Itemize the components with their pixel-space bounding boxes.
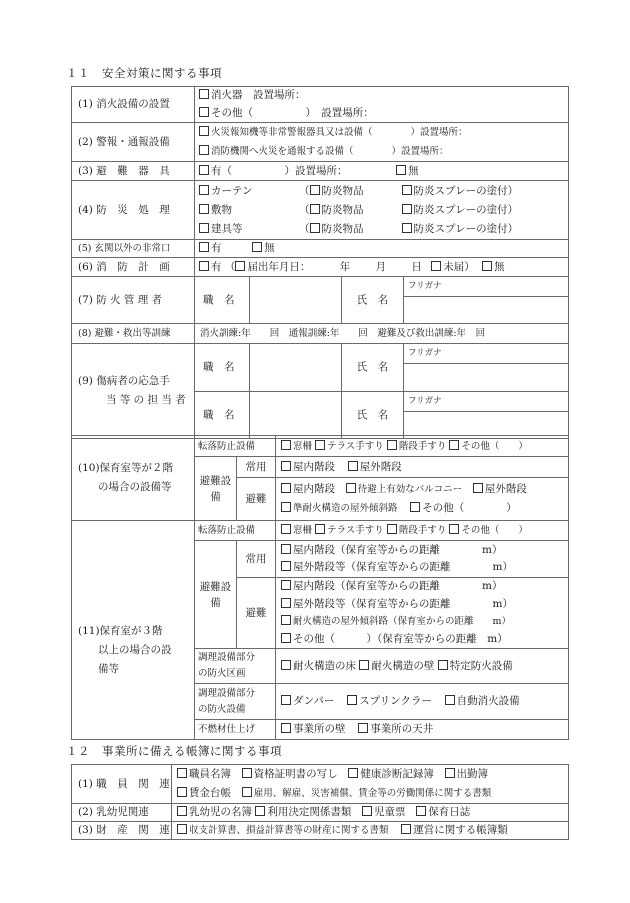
checkbox-icon[interactable]: [402, 204, 412, 214]
checkbox-icon[interactable]: [416, 806, 426, 816]
option-outdoor-stairs[interactable]: 屋外階段: [348, 461, 402, 473]
option-fall-other[interactable]: その他（ ）: [449, 441, 528, 452]
row-first-aid-1: (9) 傷病者の応急手 当 等 の 担 当 者 職 名 氏 名 フリガナ: [72, 344, 569, 392]
job-title-label: 職 名: [195, 277, 250, 324]
label-drills: (8) 避難・救出等訓練: [72, 324, 195, 344]
checkbox-icon[interactable]: [315, 440, 325, 450]
label-fall-prevention: 転落防止設備: [195, 521, 276, 541]
checkbox-icon[interactable]: [281, 461, 291, 471]
checkbox-icon[interactable]: [347, 695, 357, 705]
option-terrace-rail[interactable]: テラス手すり: [315, 441, 384, 452]
label-staff: (1) 職 員 関 連: [72, 765, 172, 804]
option-exit-no[interactable]: 無: [252, 242, 275, 254]
checkbox-icon[interactable]: [199, 204, 209, 214]
option-wage-ledger[interactable]: 賃金台帳: [177, 787, 231, 799]
row-evac-equipment: (3) 避 難 器 具 有（ ）設置場所： 無: [72, 162, 569, 181]
label-evacuation: 避難: [237, 578, 276, 649]
checkbox-icon[interactable]: [281, 580, 291, 590]
option-office-wall[interactable]: 事業所の壁: [281, 723, 346, 735]
checkbox-icon[interactable]: [410, 502, 420, 512]
checkbox-icon[interactable]: [401, 824, 411, 834]
checkbox-icon[interactable]: [310, 204, 320, 214]
checkbox-icon[interactable]: [396, 165, 406, 175]
option-indoor-stairs-distance[interactable]: 屋内階段（保育室等からの距離 m）: [281, 542, 565, 560]
checkbox-icon[interactable]: [310, 223, 320, 233]
label-property: (3) 財 産 関 連: [72, 822, 172, 840]
checkbox-icon[interactable]: [387, 440, 397, 450]
furigana-label: フリガナ: [404, 277, 568, 297]
option-fireproof-wall[interactable]: 耐火構造の壁: [359, 660, 434, 672]
option-fire-extinguisher[interactable]: 消火器 設置場所：: [199, 87, 565, 105]
option-specific-fire-equipment[interactable]: 特定防火設備: [438, 660, 513, 672]
job-title-field[interactable]: [250, 392, 342, 439]
checkbox-icon[interactable]: [315, 524, 325, 534]
option-semi-fireproof-ramp[interactable]: 準耐火構造の屋外傾斜路: [281, 503, 398, 514]
checkbox-icon[interactable]: [281, 598, 291, 608]
row-property-records: (3) 財 産 関 連 収支計算書、損益計算書等の財産に関する書類 運営に関する…: [72, 822, 569, 840]
option-evac-yes[interactable]: 有（ ）設置場所：: [199, 165, 348, 177]
option-sprinkler[interactable]: スプリンクラー: [347, 695, 432, 707]
checkbox-icon[interactable]: [445, 768, 455, 778]
checkbox-icon[interactable]: [387, 524, 397, 534]
name-label: 氏 名: [342, 277, 404, 324]
checkbox-icon[interactable]: [281, 502, 291, 512]
checkbox-icon[interactable]: [281, 615, 291, 625]
checkbox-icon[interactable]: [199, 107, 209, 117]
row-2f-fall: (10)保育室等が２階 の場合の設備等 転落防止設備 窓柵 テラス手すり 階段手…: [72, 436, 569, 457]
option-usage-decision[interactable]: 利用決定関係書類: [255, 806, 351, 818]
job-title-field[interactable]: [250, 277, 342, 324]
label-regular: 常用: [237, 541, 276, 578]
section-12-title: １２ 事業所に備える帳簿に関する事項: [66, 743, 282, 759]
checkbox-icon[interactable]: [449, 524, 459, 534]
option-balcony[interactable]: 待避上有効なバルコニー: [346, 484, 463, 495]
checkbox-icon[interactable]: [348, 768, 358, 778]
name-field[interactable]: フリガナ: [404, 344, 569, 392]
checkbox-icon[interactable]: [445, 695, 455, 705]
label-evacuation: 避難: [237, 478, 276, 521]
furigana-label: フリガナ: [404, 392, 568, 412]
checkbox-icon[interactable]: [438, 660, 448, 670]
name-label: 氏 名: [342, 392, 404, 439]
checkbox-icon[interactable]: [177, 806, 187, 816]
name-field[interactable]: フリガナ: [404, 392, 569, 439]
option-operation-books[interactable]: 運営に関する帳簿類: [401, 824, 508, 836]
checkbox-icon[interactable]: [281, 544, 291, 554]
row-fireproofing: (4) 防 災 処 理 カーテン（防炎物品防炎スプレーの塗付） 敷物（防炎物品防…: [72, 181, 569, 240]
option-damper[interactable]: ダンパー: [281, 695, 334, 707]
checkbox-icon[interactable]: [252, 242, 262, 252]
row-staff-records: (1) 職 員 関 連 職員名簿 資格証明書の写し 健康診断記録簿 出勤簿 賃金…: [72, 765, 569, 804]
label-2f: (10)保育室等が２階 の場合の設備等: [72, 436, 195, 521]
checkbox-icon[interactable]: [358, 723, 368, 733]
option-fire-report[interactable]: 消防機関へ火災を通報する設備（ ）設置場所：: [199, 142, 565, 161]
checkbox-icon[interactable]: [199, 223, 209, 233]
row-fire-manager: (7) 防 火 管 理 者 職 名 氏 名 フリガナ: [72, 277, 569, 324]
option-fittings: 建具等（防炎物品防炎スプレーの塗付）: [199, 220, 565, 239]
section-11-title: １１ 安全対策に関する事項: [66, 65, 222, 81]
row-emergency-exit: (5) 玄関以外の非常口 有 無: [72, 240, 569, 258]
checkbox-icon[interactable]: [199, 261, 209, 271]
option-child-record[interactable]: 児童票: [362, 806, 406, 818]
label-fall-prevention: 転落防止設備: [195, 436, 276, 457]
option-window-rail[interactable]: 窓柵: [281, 525, 312, 536]
option-labor-documents[interactable]: 雇用、解雇、災害補償、賃金等の労働関係に関する書類: [242, 788, 492, 799]
checkbox-icon[interactable]: [242, 768, 252, 778]
checkbox-icon[interactable]: [255, 806, 265, 816]
option-outdoor-stairs-distance[interactable]: 屋外階段等（保育室等からの距離 m）: [281, 559, 565, 577]
option-nursery-diary[interactable]: 保育日誌: [416, 806, 470, 818]
label-infant: (2) 乳幼児関連: [72, 804, 172, 822]
checkbox-icon[interactable]: [242, 787, 252, 797]
checkbox-icon[interactable]: [199, 89, 209, 99]
option-staff-list[interactable]: 職員名簿: [177, 768, 231, 780]
option-other-distance[interactable]: その他（ ）（保育室等からの距離 m）: [281, 631, 565, 649]
checkbox-icon[interactable]: [281, 483, 291, 493]
section-11-table-bottom: (10)保育室等が２階 の場合の設備等 転落防止設備 窓柵 テラス手すり 階段手…: [71, 435, 569, 740]
checkbox-icon[interactable]: [177, 824, 187, 834]
checkbox-icon[interactable]: [281, 524, 291, 534]
label-emergency-exit: (5) 玄関以外の非常口: [72, 240, 195, 258]
label-evac-equipment: (3) 避 難 器 具: [72, 162, 195, 181]
checkbox-icon[interactable]: [281, 723, 291, 733]
checkbox-icon[interactable]: [177, 768, 187, 778]
row-fire-plan: (6) 消 防 計 画 有 （届出年月日： 年 月 日 未届） 無: [72, 258, 569, 277]
option-fireproof-ramp-distance[interactable]: 耐火構造の屋外傾斜路（保育室からの距離 m）: [281, 613, 565, 631]
checkbox-icon[interactable]: [482, 261, 492, 271]
checkbox-icon[interactable]: [199, 126, 209, 136]
row-3f-fall: (11)保育室が３階 以上の場合の設 備等 転落防止設備 窓柵 テラス手すり 階…: [72, 521, 569, 541]
row-drills: (8) 避難・救出等訓練 消火訓練:年 回 通報訓練:年 回 避難及び救出訓練:…: [72, 324, 569, 344]
label-fireproofing: (4) 防 災 処 理: [72, 181, 195, 240]
checkbox-icon[interactable]: [362, 806, 372, 816]
checkbox-icon[interactable]: [402, 185, 412, 195]
filed-date-label: 届出年月日：: [247, 261, 310, 273]
label-evac-equipment-3f: 避難設備: [195, 541, 237, 649]
checkbox-icon[interactable]: [281, 561, 291, 571]
option-qualification-copy[interactable]: 資格証明書の写し: [242, 768, 338, 780]
checkbox-icon[interactable]: [431, 261, 441, 271]
label-evac-equipment-2f: 避難設備: [195, 457, 237, 521]
label-fire-plan: (6) 消 防 計 画: [72, 258, 195, 277]
option-fire-alarm[interactable]: 火災報知機等非常警報器具又は設備（ ）設置場所：: [199, 123, 565, 142]
option-carpet: 敷物（防炎物品防炎スプレーの塗付）: [199, 201, 565, 220]
checkbox-icon[interactable]: [281, 695, 291, 705]
option-fireproof-floor[interactable]: 耐火構造の床: [281, 660, 356, 672]
option-outdoor-stairs-distance[interactable]: 屋外階段等（保育室等からの距離 m）: [281, 596, 565, 614]
checkbox-icon[interactable]: [310, 185, 320, 195]
row-alarm: (2) 警報・通報設備 火災報知機等非常警報器具又は設備（ ）設置場所： 消防機…: [72, 123, 569, 162]
name-label: 氏 名: [342, 344, 404, 392]
row-infant-records: (2) 乳幼児関連 乳幼児の名簿 利用決定関係書類 児童票 保育日誌: [72, 804, 569, 822]
label-noncombustible: 不燃材仕上げ: [195, 720, 276, 740]
checkbox-icon[interactable]: [281, 660, 291, 670]
option-health-records[interactable]: 健康診断記録簿: [348, 768, 434, 780]
option-evac-no[interactable]: 無: [396, 165, 419, 177]
checkbox-icon[interactable]: [348, 461, 358, 471]
option-window-rail[interactable]: 窓柵: [281, 441, 312, 452]
option-other-extinguishing[interactable]: その他（ ） 設置場所：: [199, 105, 565, 123]
label-fire-manager: (7) 防 火 管 理 者: [72, 277, 195, 324]
option-evac-other[interactable]: その他（ ）: [410, 502, 517, 514]
checkbox-icon[interactable]: [346, 483, 356, 493]
option-outdoor-stairs[interactable]: 屋外階段: [473, 483, 527, 495]
option-indoor-stairs[interactable]: 屋内階段: [281, 461, 335, 473]
option-plan-yes[interactable]: 有: [199, 261, 222, 273]
label-alarm: (2) 警報・通報設備: [72, 123, 195, 162]
checkbox-icon[interactable]: [199, 242, 209, 252]
job-title-label: 職 名: [195, 392, 250, 439]
checkbox-icon[interactable]: [359, 660, 369, 670]
option-stair-rail[interactable]: 階段手すり: [387, 441, 447, 452]
checkbox-icon[interactable]: [281, 633, 291, 643]
label-fire-extinguishing: (1) 消火設備の設置: [72, 87, 195, 123]
label-3f: (11)保育室が３階 以上の場合の設 備等: [72, 521, 195, 740]
checkbox-icon[interactable]: [177, 787, 187, 797]
option-infant-list[interactable]: 乳幼児の名簿: [177, 806, 252, 818]
option-office-ceiling[interactable]: 事業所の天井: [358, 723, 433, 735]
option-attendance[interactable]: 出勤簿: [445, 768, 489, 780]
job-title-label: 職 名: [195, 344, 250, 392]
label-regular: 常用: [237, 457, 276, 478]
label-kitchen-compartment: 調理設備部分 の防火区画: [195, 649, 276, 684]
checkbox-icon[interactable]: [199, 145, 209, 155]
checkbox-icon[interactable]: [281, 440, 291, 450]
checkbox-icon[interactable]: [199, 185, 209, 195]
section-12-table: (1) 職 員 関 連 職員名簿 資格証明書の写し 健康診断記録簿 出勤簿 賃金…: [71, 764, 569, 840]
label-kitchen-fire: 調理設備部分 の防火設備: [195, 684, 276, 720]
label-first-aid: (9) 傷病者の応急手 当 等 の 担 当 者: [72, 344, 195, 439]
option-auto-extinguisher[interactable]: 自動消火設備: [445, 695, 520, 707]
option-financial-statements[interactable]: 収支計算書、損益計算書等の財産に関する書類: [177, 825, 389, 836]
job-title-field[interactable]: [250, 344, 342, 392]
option-stair-rail[interactable]: 階段手すり: [387, 525, 447, 536]
drills-text: 消火訓練:年 回 通報訓練:年 回 避難及び救出訓練:年 回: [195, 324, 569, 344]
option-fall-other[interactable]: その他（ ）: [449, 525, 528, 536]
option-curtain: カーテン（防炎物品防炎スプレーの塗付）: [199, 182, 565, 201]
row-fire-extinguishing: (1) 消火設備の設置 消火器 設置場所： その他（ ） 設置場所：: [72, 87, 569, 123]
option-plan-no[interactable]: 無: [482, 261, 505, 273]
checkbox-icon[interactable]: [449, 440, 459, 450]
section-11-table-top: (1) 消火設備の設置 消火器 設置場所： その他（ ） 設置場所： (2) 警…: [71, 86, 569, 439]
checkbox-icon[interactable]: [402, 223, 412, 233]
option-terrace-rail[interactable]: テラス手すり: [315, 525, 384, 536]
option-exit-yes[interactable]: 有: [199, 242, 222, 254]
furigana-label: フリガナ: [404, 344, 568, 364]
checkbox-icon[interactable]: [235, 261, 245, 271]
checkbox-icon[interactable]: [199, 165, 209, 175]
name-field[interactable]: フリガナ: [404, 277, 569, 324]
checkbox-icon[interactable]: [473, 483, 483, 493]
option-indoor-stairs-distance[interactable]: 屋内階段（保育室等からの距離 m）: [281, 578, 565, 596]
option-indoor-stairs[interactable]: 屋内階段: [281, 483, 335, 495]
